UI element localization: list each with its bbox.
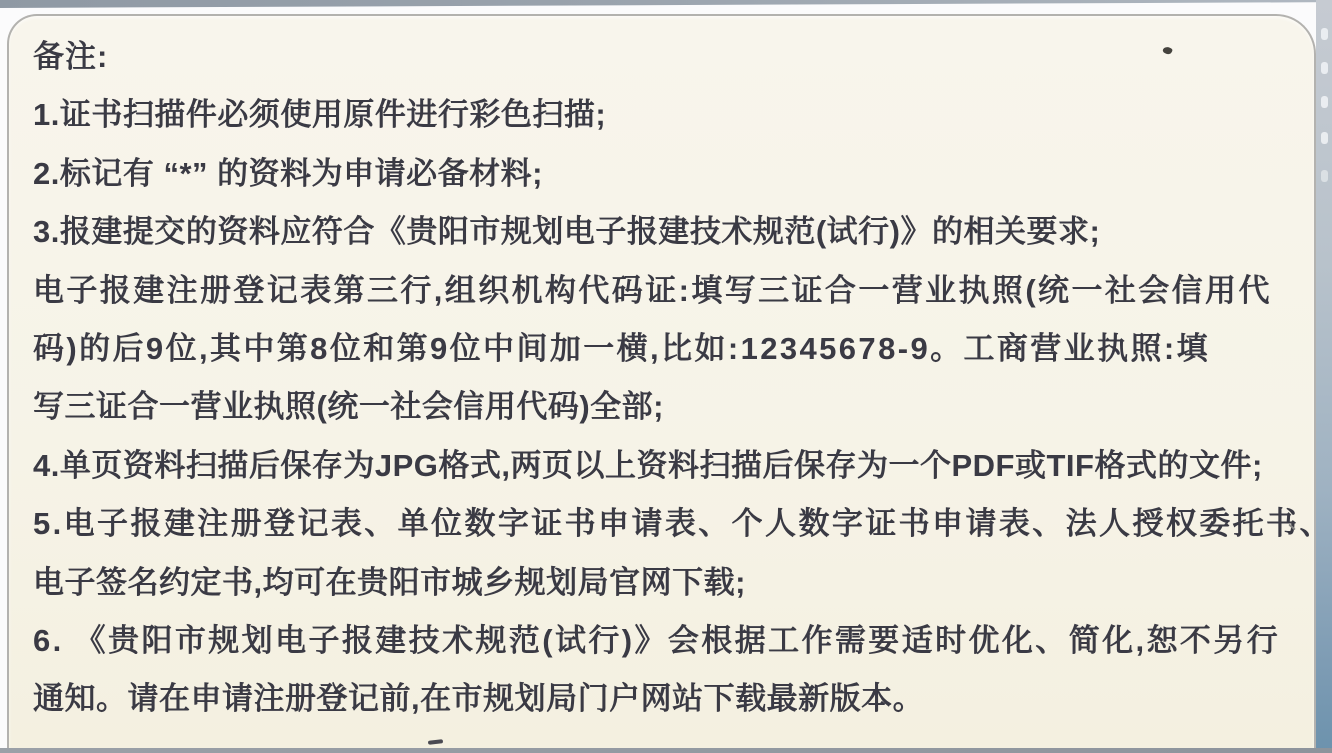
note-line-5-cont: 电子签名约定书,均可在贵阳市城乡规划局官网下载;: [33, 554, 1300, 612]
notice-text: 备注: 1.证书扫描件必须使用原件进行彩色扫描; 2.标记有 “*” 的资料为申…: [9, 16, 1314, 729]
note-line-3-cont-1: 电子报建注册登记表第三行,组织机构代码证:填写三证合一营业执照(统一社会信用代: [33, 262, 1300, 320]
photographed-notice: 备注: 1.证书扫描件必须使用原件进行彩色扫描; 2.标记有 “*” 的资料为申…: [0, 0, 1332, 753]
edge-dash: [1321, 28, 1328, 40]
photo-top-edge: [0, 0, 1332, 8]
edge-dash: [1321, 62, 1328, 74]
photo-right-edge: [1316, 0, 1332, 753]
edge-dash: [1321, 132, 1328, 144]
note-line-3-cont-3: 写三证合一营业执照(统一社会信用代码)全部;: [33, 378, 1300, 436]
photo-bottom-edge: [0, 748, 1332, 753]
notice-heading: 备注:: [33, 28, 1300, 86]
note-line-2: 2.标记有 “*” 的资料为申请必备材料;: [33, 145, 1300, 203]
notice-card: 备注: 1.证书扫描件必须使用原件进行彩色扫描; 2.标记有 “*” 的资料为申…: [7, 14, 1316, 753]
note-line-5: 5.电子报建注册登记表、单位数字证书申请表、个人数字证书申请表、法人授权委托书、: [33, 495, 1300, 553]
note-line-6: 6. 《贵阳市规划电子报建技术规范(试行)》会根据工作需要适时优化、简化,恕不另…: [33, 612, 1300, 670]
note-line-1: 1.证书扫描件必须使用原件进行彩色扫描;: [33, 86, 1300, 144]
note-line-4: 4.单页资料扫描后保存为JPG格式,两页以上资料扫描后保存为一个PDF或TIF格…: [33, 437, 1300, 495]
note-line-6-cont: 通知。请在申请注册登记前,在市规划局门户网站下载最新版本。: [33, 670, 1300, 728]
edge-dash: [1321, 96, 1328, 108]
note-line-3-cont-2: 码)的后9位,其中第8位和第9位中间加一横,比如:12345678-9。工商营业…: [33, 320, 1300, 378]
note-line-3: 3.报建提交的资料应符合《贵阳市规划电子报建技术规范(试行)》的相关要求;: [33, 203, 1300, 261]
edge-dash: [1321, 170, 1328, 182]
